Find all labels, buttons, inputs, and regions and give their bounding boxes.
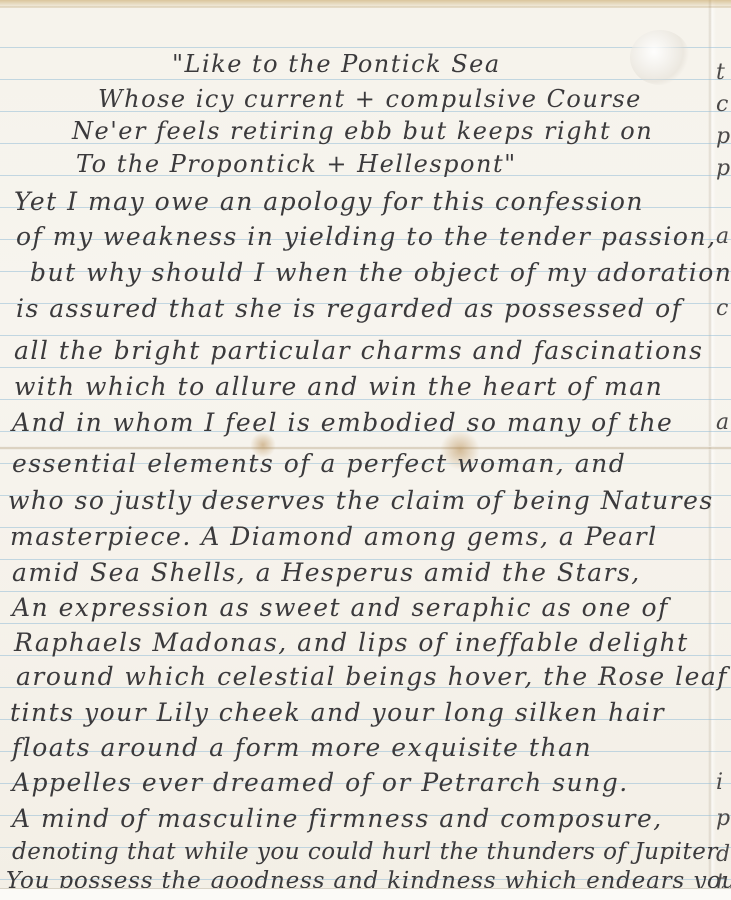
paper-bottom-edge <box>0 888 731 900</box>
body-line: all the bright particular charms and fas… <box>14 336 704 365</box>
margin-fragment: a <box>716 224 729 249</box>
body-line: Yet I may owe an apology for this confes… <box>14 187 644 216</box>
body-line: of my weakness in yielding to the tender… <box>16 222 717 251</box>
body-line: tints your Lily cheek and your long silk… <box>10 698 665 727</box>
quote-line: "Like to the Pontick Sea <box>172 50 501 78</box>
quote-line: Whose icy current + compulsive Course <box>98 85 642 113</box>
body-line: essential elements of a perfect woman, a… <box>12 449 626 478</box>
body-line: Appelles ever dreamed of or Petrarch sun… <box>12 768 629 797</box>
quote-line: To the Propontick + Hellespont" <box>76 150 517 178</box>
margin-fragment: t <box>716 60 725 85</box>
body-line: Raphaels Madonas, and lips of ineffable … <box>14 628 689 657</box>
margin-fragment: a <box>716 410 729 435</box>
margin-fragment: p <box>716 156 730 181</box>
margin-fragment: p <box>716 806 730 831</box>
margin-fragment: c <box>716 92 728 117</box>
margin-fragment: c <box>716 296 728 321</box>
body-line: but why should I when the object of my a… <box>30 258 731 287</box>
margin-fragment: i <box>716 770 723 795</box>
margin-fragment: p <box>716 124 730 149</box>
body-line: masterpiece. A Diamond among gems, a Pea… <box>10 522 658 551</box>
body-line: And in whom I feel is embodied so many o… <box>12 408 673 437</box>
quote-line: Ne'er feels retiring ebb but keeps right… <box>72 117 653 145</box>
body-line: A mind of masculine firmness and composu… <box>12 804 663 833</box>
body-line: denoting that while you could hurl the t… <box>12 839 718 865</box>
margin-fragment: d <box>716 842 730 867</box>
top-fold-crease <box>0 6 731 8</box>
body-line: is assured that she is regarded as posse… <box>16 294 682 323</box>
embossed-stationery-seal <box>630 30 690 85</box>
body-line: amid Sea Shells, a Hesperus amid the Sta… <box>12 558 641 587</box>
body-line: who so justly deserves the claim of bein… <box>8 486 714 515</box>
body-line: around which celestial beings hover, the… <box>16 662 728 691</box>
body-line: floats around a form more exquisite than <box>12 733 592 762</box>
body-line: An expression as sweet and seraphic as o… <box>12 593 669 622</box>
letter-page: "Like to the Pontick Sea Whose icy curre… <box>0 0 731 900</box>
body-line: with which to allure and win the heart o… <box>14 372 663 401</box>
